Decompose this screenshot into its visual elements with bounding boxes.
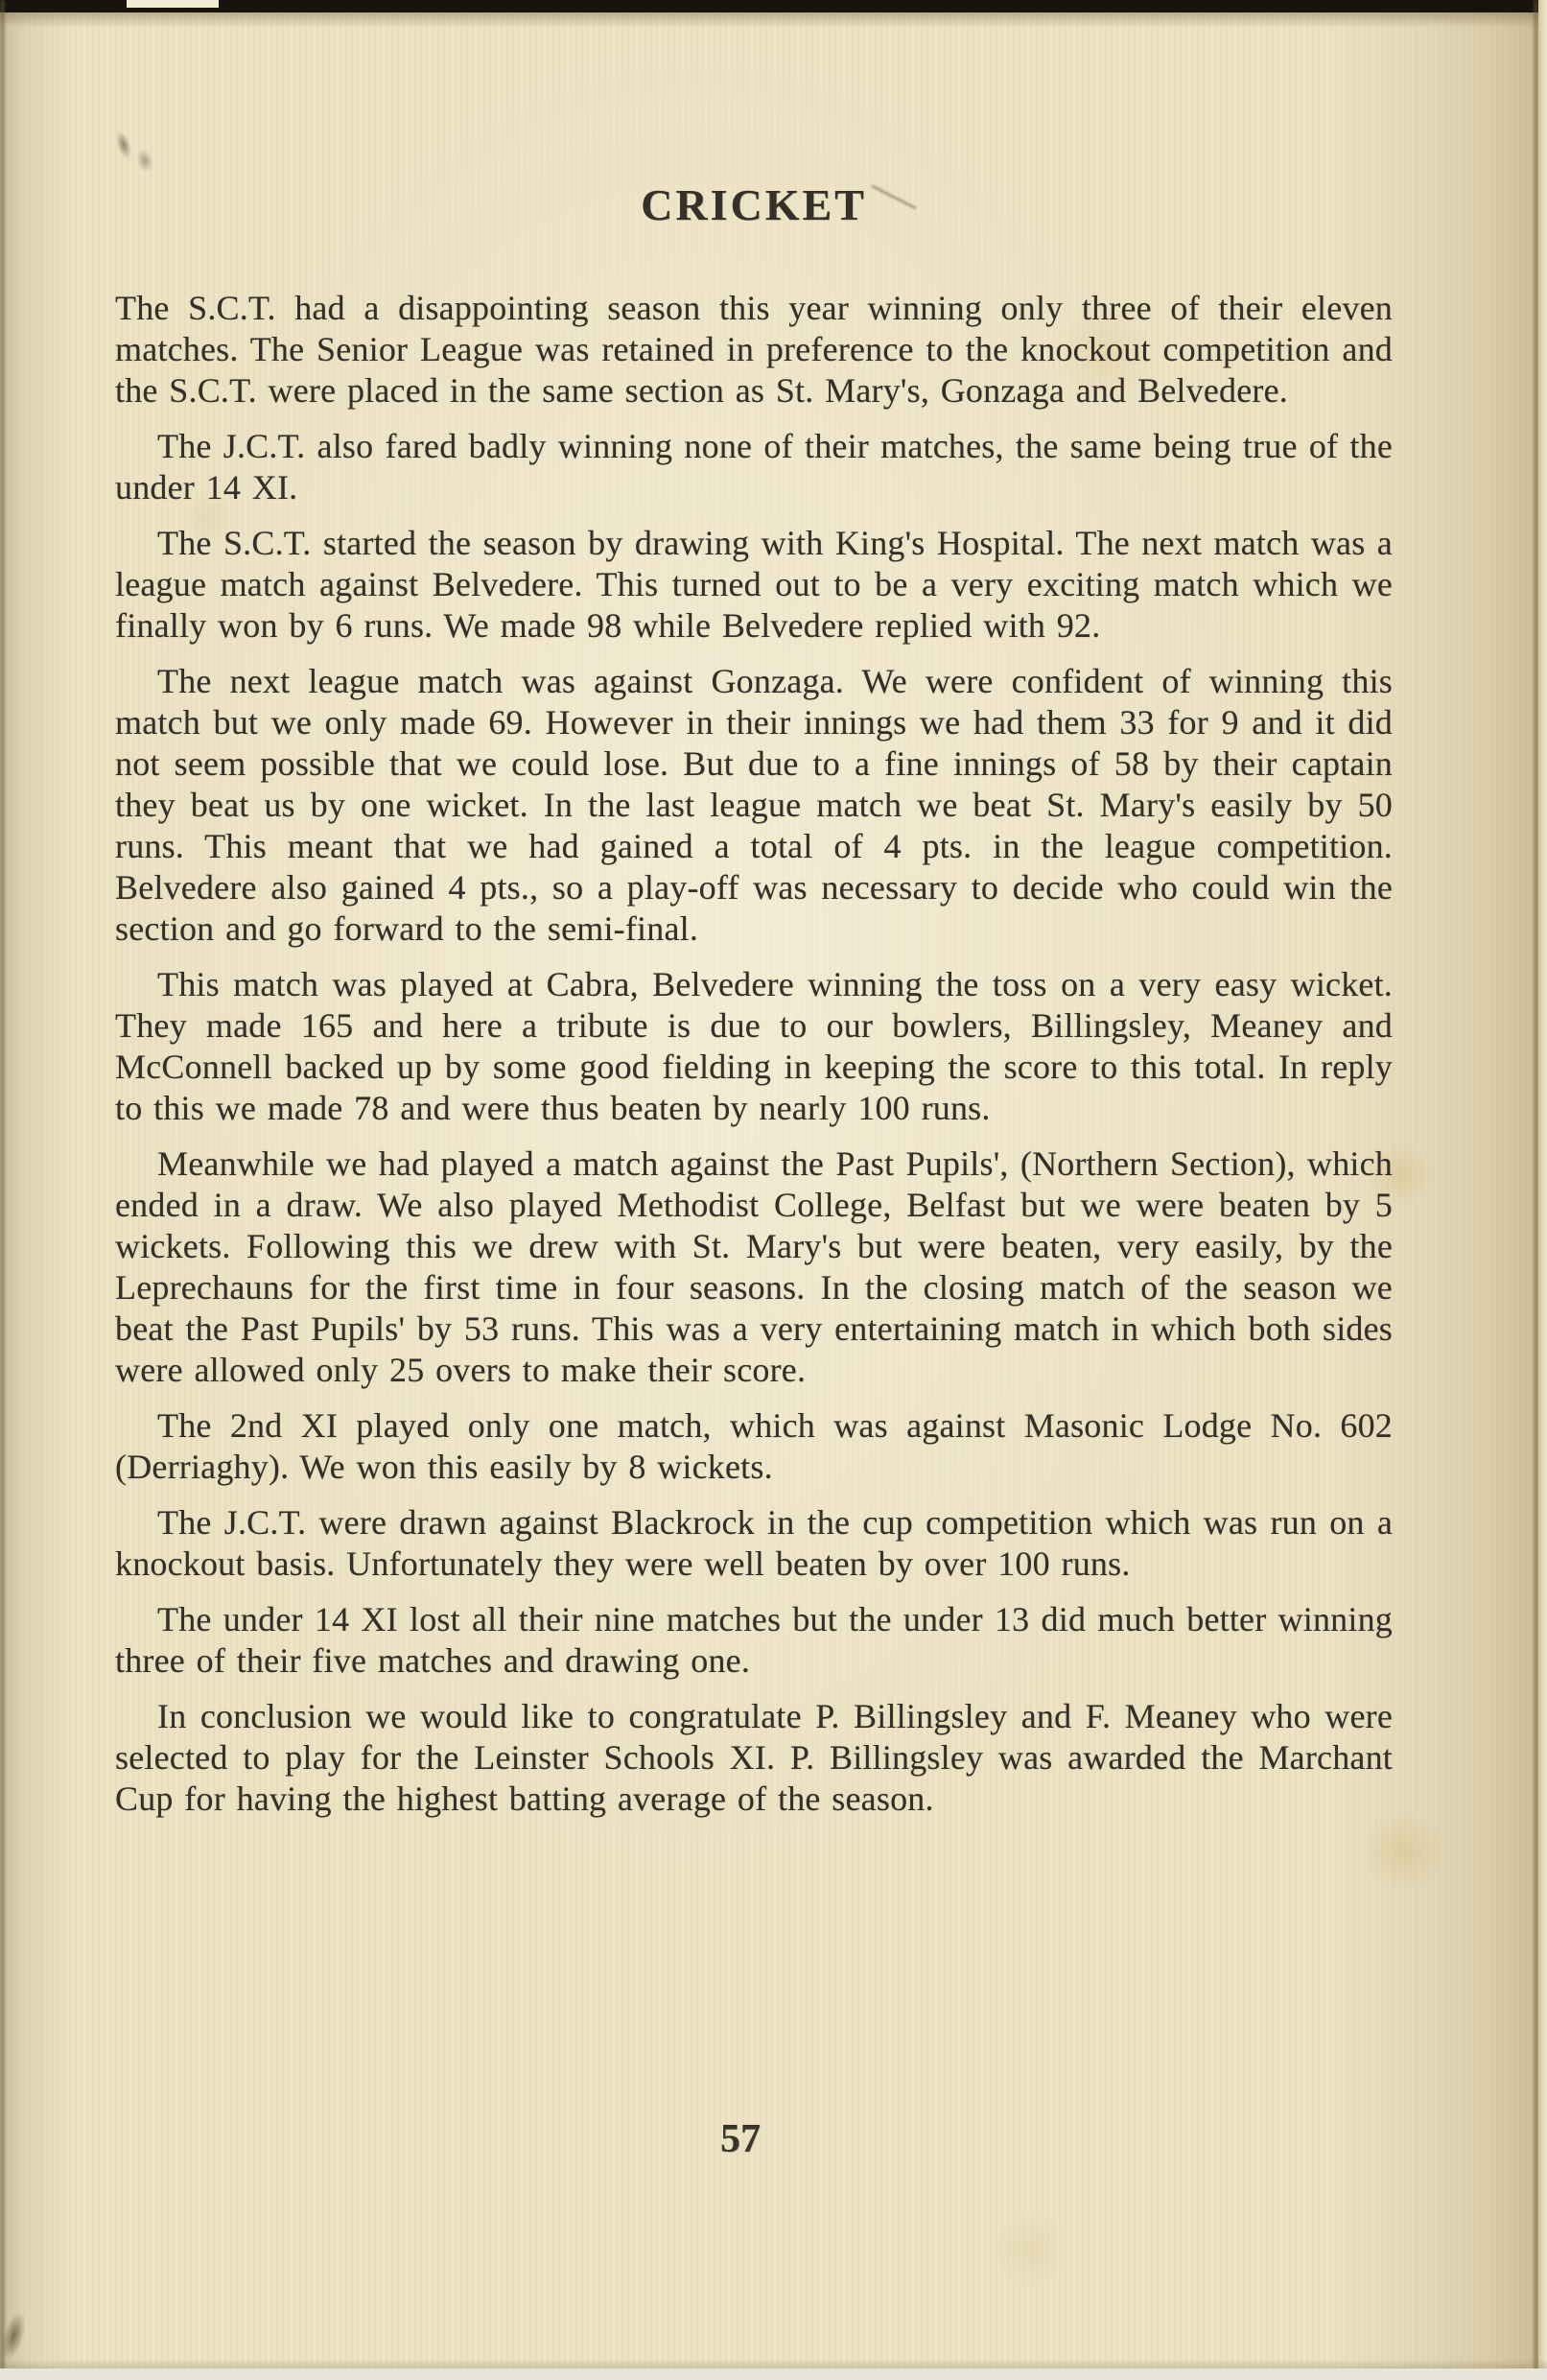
paragraph-1: The S.C.T. had a disappointing season th… bbox=[115, 288, 1393, 412]
book-page: CRICKET The S.C.T. had a disappointing s… bbox=[0, 0, 1547, 2380]
paragraph-6: Meanwhile we had played a match against … bbox=[115, 1143, 1393, 1391]
page-left-edge bbox=[0, 0, 5, 2380]
paragraph-7: The 2nd XI played only one match, which … bbox=[115, 1405, 1393, 1488]
paragraph-2: The J.C.T. also fared badly winning none… bbox=[115, 426, 1393, 508]
scan-top-edge-notch bbox=[127, 0, 219, 8]
scan-top-edge bbox=[0, 0, 1547, 12]
page-corner-curl bbox=[0, 2281, 50, 2370]
page-number: 57 bbox=[102, 2116, 1379, 2162]
scan-bottom-edge bbox=[0, 2368, 1547, 2380]
paragraph-5: This match was played at Cabra, Belveder… bbox=[115, 964, 1393, 1129]
page-right-edge bbox=[1538, 0, 1547, 2380]
paragraph-3: The S.C.T. started the season by drawing… bbox=[115, 523, 1393, 647]
paragraph-8: The J.C.T. were drawn against Blackrock … bbox=[115, 1502, 1393, 1585]
page-bottom-shadow bbox=[0, 2359, 1547, 2368]
ink-smudge-mark bbox=[102, 113, 168, 192]
paragraph-9: The under 14 XI lost all their nine matc… bbox=[115, 1599, 1393, 1682]
paragraph-10: In conclusion we would like to congratul… bbox=[115, 1696, 1393, 1820]
page-title: CRICKET bbox=[115, 182, 1393, 228]
paragraph-4: The next league match was against Gonzag… bbox=[115, 661, 1393, 950]
page-top-shadow bbox=[0, 12, 1547, 28]
page-content: CRICKET The S.C.T. had a disappointing s… bbox=[115, 182, 1393, 1834]
